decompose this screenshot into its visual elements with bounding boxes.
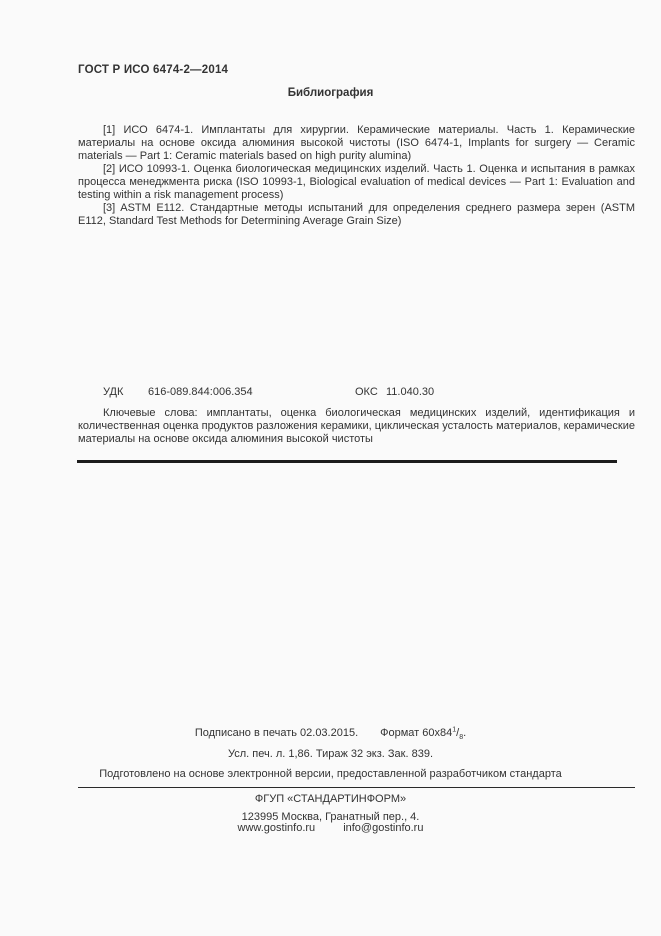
entry-text: ИСО 6474-1. Имплантаты для хирургии. Кер… [78, 124, 635, 162]
publisher-email: info@gostinfo.ru [343, 822, 423, 834]
entry-label: [1] [103, 124, 115, 136]
publisher-website: www.gostinfo.ru [238, 822, 316, 834]
udk-label: УДК [103, 386, 123, 398]
entry-text: ИСО 10993-1. Оценка биологическая медици… [78, 163, 635, 201]
entry-label: [2] [103, 163, 115, 175]
bibliography-entry: [1] ИСО 6474-1. Имплантаты для хирургии.… [78, 124, 635, 163]
section-divider [77, 460, 617, 463]
keywords-paragraph: Ключевые слова: имплантаты, оценка биоло… [78, 407, 635, 446]
imprint-prepared-line: Подготовлено на основе электронной верси… [0, 768, 661, 780]
classification-row: УДК 616-089.844:006.354 ОКС 11.040.30 [78, 386, 635, 400]
bibliography-block: [1] ИСО 6474-1. Имплантаты для хирургии.… [78, 124, 635, 228]
footer-divider [78, 787, 635, 788]
bibliography-entry: [2] ИСО 10993-1. Оценка биологическая ме… [78, 163, 635, 202]
oks-label: ОКС [355, 386, 378, 398]
document-page: ГОСТ Р ИСО 6474-2—2014 Библиография [1] … [0, 0, 661, 936]
format-note: Формат 60х841/8. [380, 727, 466, 739]
publisher-contacts: www.gostinfo.ruinfo@gostinfo.ru [0, 822, 661, 834]
entry-text: ASTM Е112. Стандартные методы испытаний … [78, 202, 635, 227]
doc-code: ГОСТ Р ИСО 6474-2—2014 [78, 64, 228, 76]
bibliography-title: Библиография [0, 87, 661, 99]
signed-date-text: Подписано в печать 02.03.2015. [195, 727, 358, 739]
bibliography-entry: [3] ASTM Е112. Стандартные методы испыта… [78, 202, 635, 228]
imprint-print-line: Усл. печ. л. 1,86. Тираж 32 экз. Зак. 83… [0, 748, 661, 760]
oks-value: 11.040.30 [386, 386, 434, 398]
udk-value: 616-089.844:006.354 [148, 386, 253, 398]
publisher-name: ФГУП «СТАНДАРТИНФОРМ» [0, 793, 661, 805]
entry-label: [3] [103, 202, 115, 214]
imprint-signed-line: Подписано в печать 02.03.2015.Формат 60х… [0, 727, 661, 739]
